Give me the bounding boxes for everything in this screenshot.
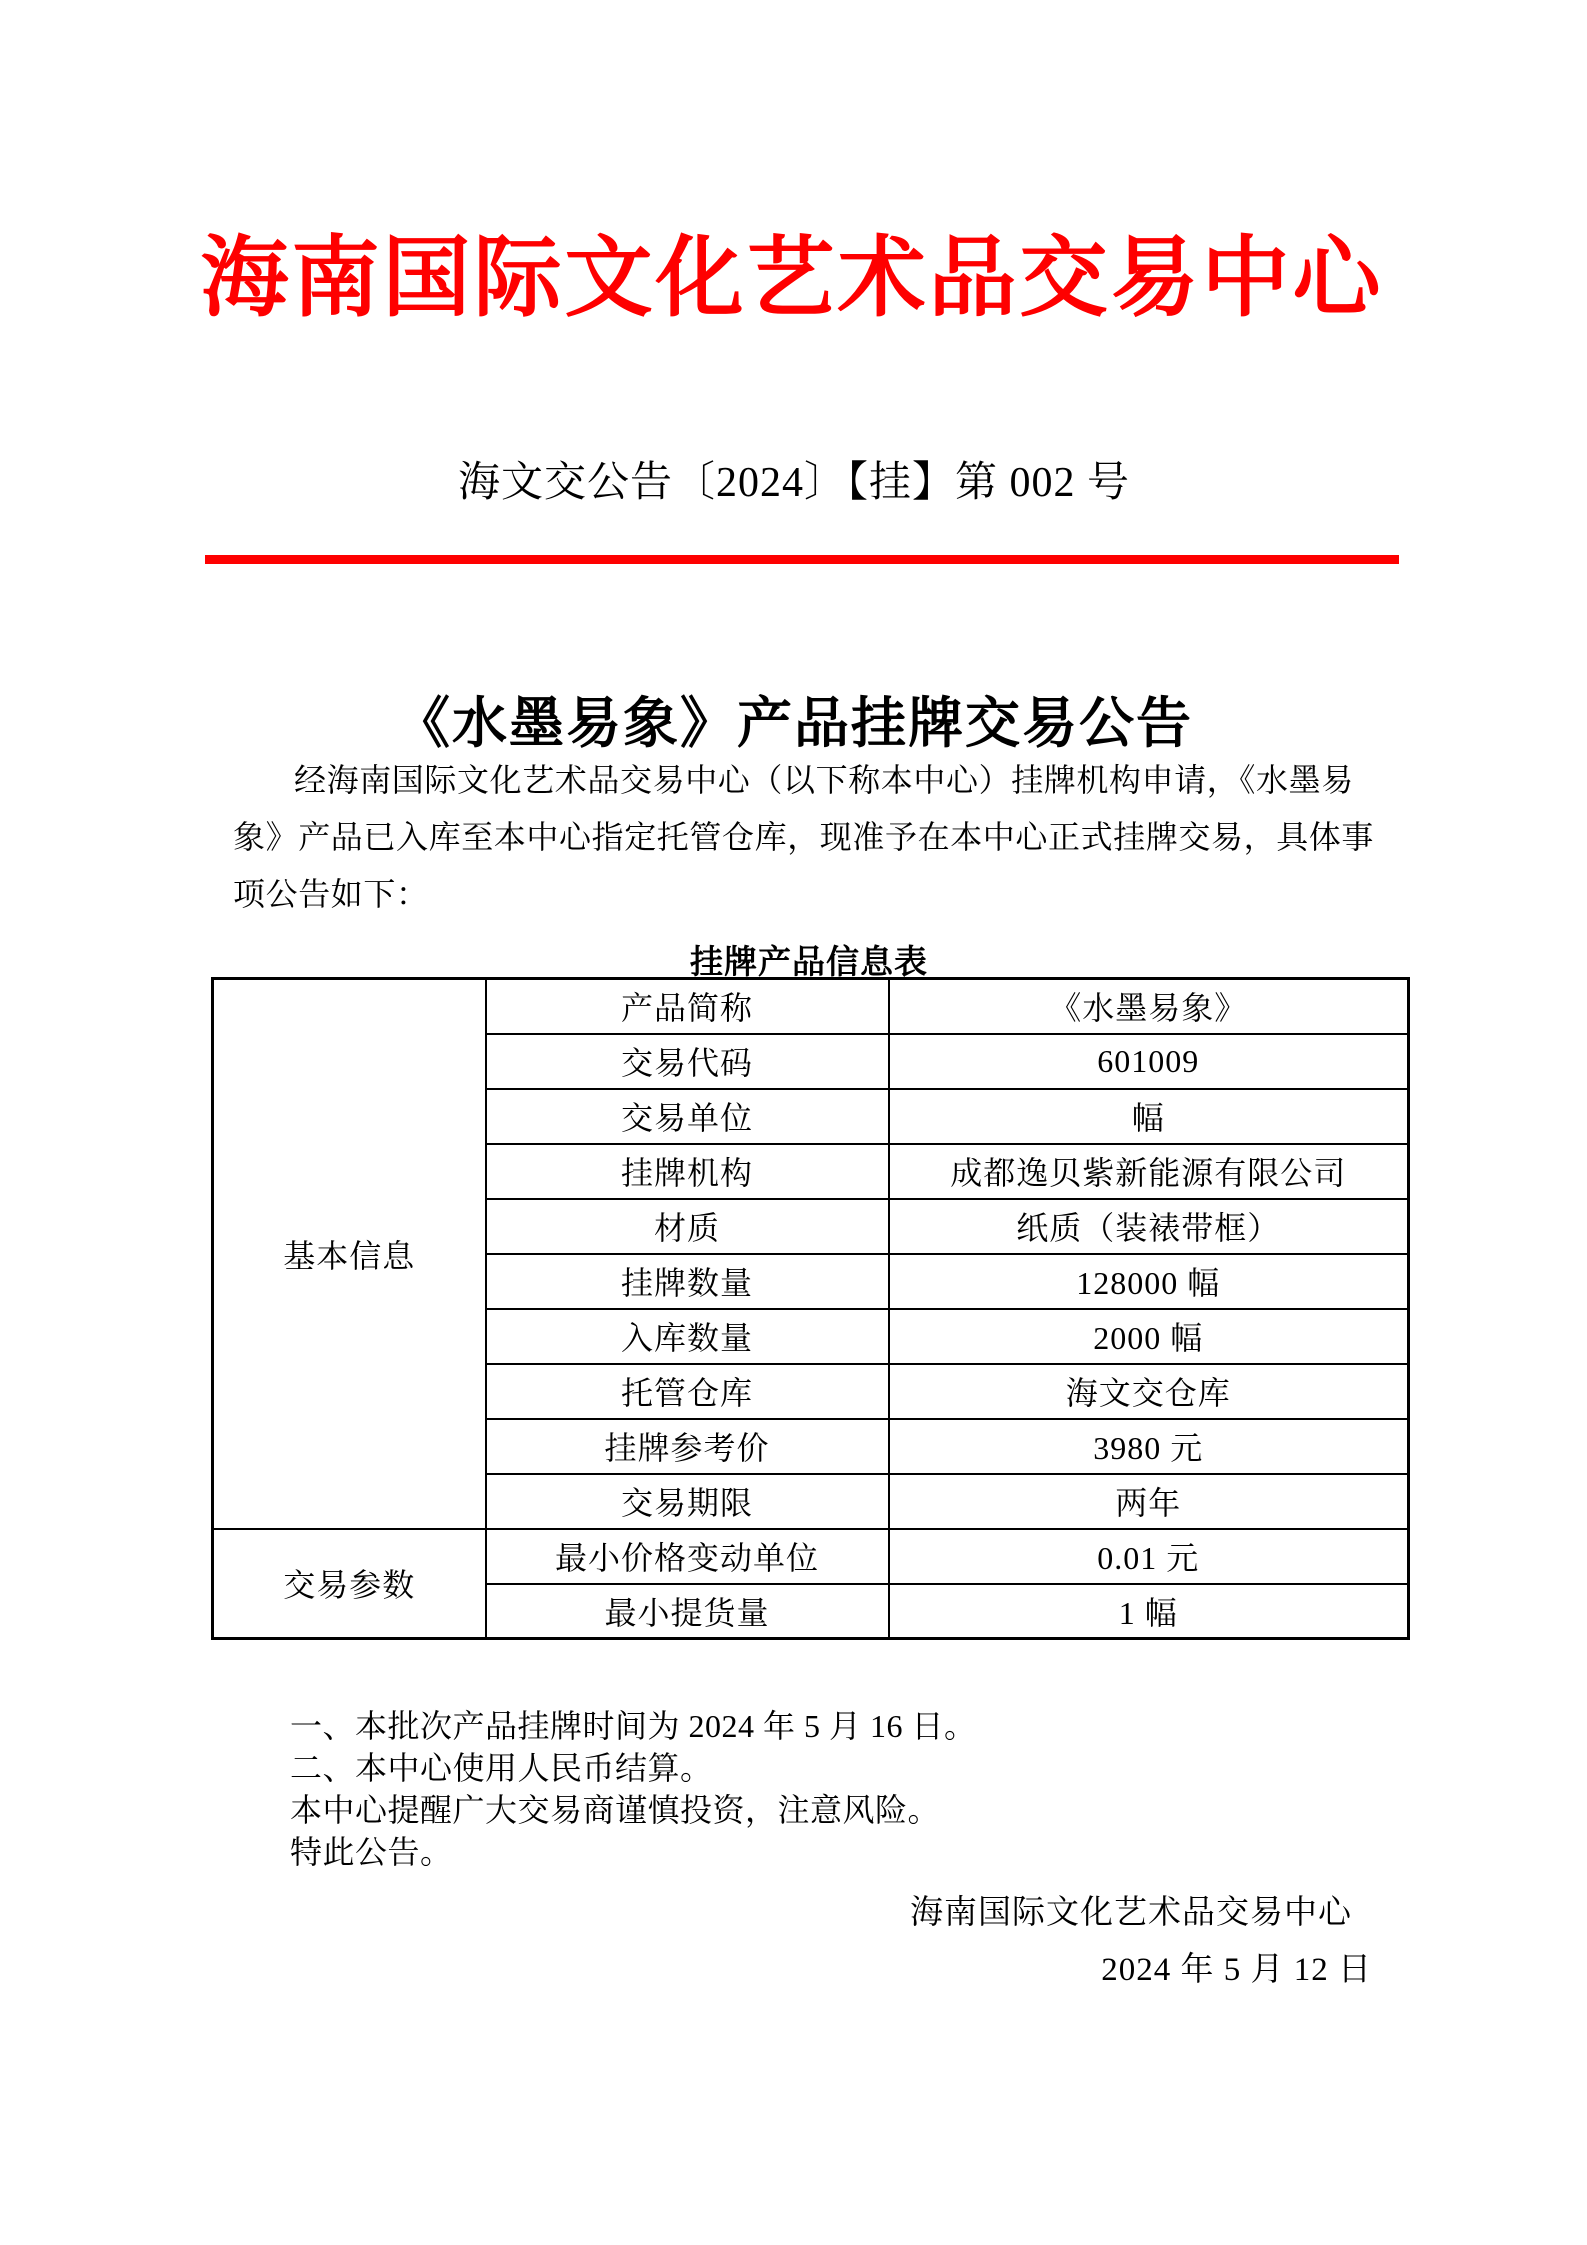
table-section-cell: 交易参数 xyxy=(213,1529,486,1639)
table-value-cell: 1 幅 xyxy=(889,1584,1409,1639)
table-label-cell: 挂牌机构 xyxy=(486,1144,889,1199)
notes-block: 一、本批次产品挂牌时间为 2024 年 5 月 16 日。 二、本中心使用人民币… xyxy=(290,1705,977,1873)
note-line: 本中心提醒广大交易商谨慎投资，注意风险。 xyxy=(290,1789,977,1831)
table-label-cell: 交易代码 xyxy=(486,1034,889,1089)
signature-date: 2024 年 5 月 12 日 xyxy=(205,1943,1372,1990)
table-label-cell: 交易期限 xyxy=(486,1474,889,1529)
table-value-cell: 3980 元 xyxy=(889,1419,1409,1474)
note-line: 特此公告。 xyxy=(290,1831,977,1873)
signature-org: 海南国际文化艺术品交易中心 xyxy=(205,1886,1352,1933)
note-line: 二、本中心使用人民币结算。 xyxy=(290,1747,977,1789)
table-label-cell: 交易单位 xyxy=(486,1089,889,1144)
table-value-cell: 2000 幅 xyxy=(889,1309,1409,1364)
table-value-cell: 601009 xyxy=(889,1034,1409,1089)
product-info-table: 基本信息 产品简称 《水墨易象》 交易代码 601009 交易单位 幅 挂牌机构… xyxy=(211,977,1410,1640)
table-value-cell: 成都逸贝紫新能源有限公司 xyxy=(889,1144,1409,1199)
table-section-cell: 基本信息 xyxy=(213,979,486,1529)
table-value-cell: 0.01 元 xyxy=(889,1529,1409,1584)
table-label-cell: 挂牌参考价 xyxy=(486,1419,889,1474)
document-page: 海南国际文化艺术品交易中心 海文交公告〔2024〕【挂】第 002 号 《水墨易… xyxy=(0,0,1587,2245)
table-label-cell: 材质 xyxy=(486,1199,889,1254)
red-divider xyxy=(205,555,1399,564)
announcement-title: 《水墨易象》产品挂牌交易公告 xyxy=(196,679,1392,758)
intro-line: 象》产品已入库至本中心指定托管仓库，现准予在本中心正式挂牌交易，具体事 xyxy=(233,809,1413,866)
table-label-cell: 挂牌数量 xyxy=(486,1254,889,1309)
table-row: 基本信息 产品简称 《水墨易象》 xyxy=(213,979,1409,1034)
table-value-cell: 海文交仓库 xyxy=(889,1364,1409,1419)
table-title: 挂牌产品信息表 xyxy=(211,936,1407,983)
table-label-cell: 最小价格变动单位 xyxy=(486,1529,889,1584)
table-value-cell: 纸质（装裱带框） xyxy=(889,1199,1409,1254)
table-value-cell: 两年 xyxy=(889,1474,1409,1529)
note-line: 一、本批次产品挂牌时间为 2024 年 5 月 16 日。 xyxy=(290,1705,977,1747)
table-value-cell: 幅 xyxy=(889,1089,1409,1144)
table-label-cell: 最小提货量 xyxy=(486,1584,889,1639)
table-value-cell: 《水墨易象》 xyxy=(889,979,1409,1034)
doc-number: 海文交公告〔2024〕【挂】第 002 号 xyxy=(196,449,1392,509)
table-label-cell: 入库数量 xyxy=(486,1309,889,1364)
intro-line: 经海南国际文化艺术品交易中心（以下称本中心）挂牌机构申请，《水墨易 xyxy=(233,752,1413,809)
table-label-cell: 托管仓库 xyxy=(486,1364,889,1419)
intro-line: 项公告如下： xyxy=(233,866,1413,923)
intro-paragraph: 经海南国际文化艺术品交易中心（以下称本中心）挂牌机构申请，《水墨易 象》产品已入… xyxy=(233,752,1413,923)
table-row: 交易参数 最小价格变动单位 0.01 元 xyxy=(213,1529,1409,1584)
table-value-cell: 128000 幅 xyxy=(889,1254,1409,1309)
table-label-cell: 产品简称 xyxy=(486,979,889,1034)
org-title: 海南国际文化艺术品交易中心 xyxy=(194,208,1390,334)
